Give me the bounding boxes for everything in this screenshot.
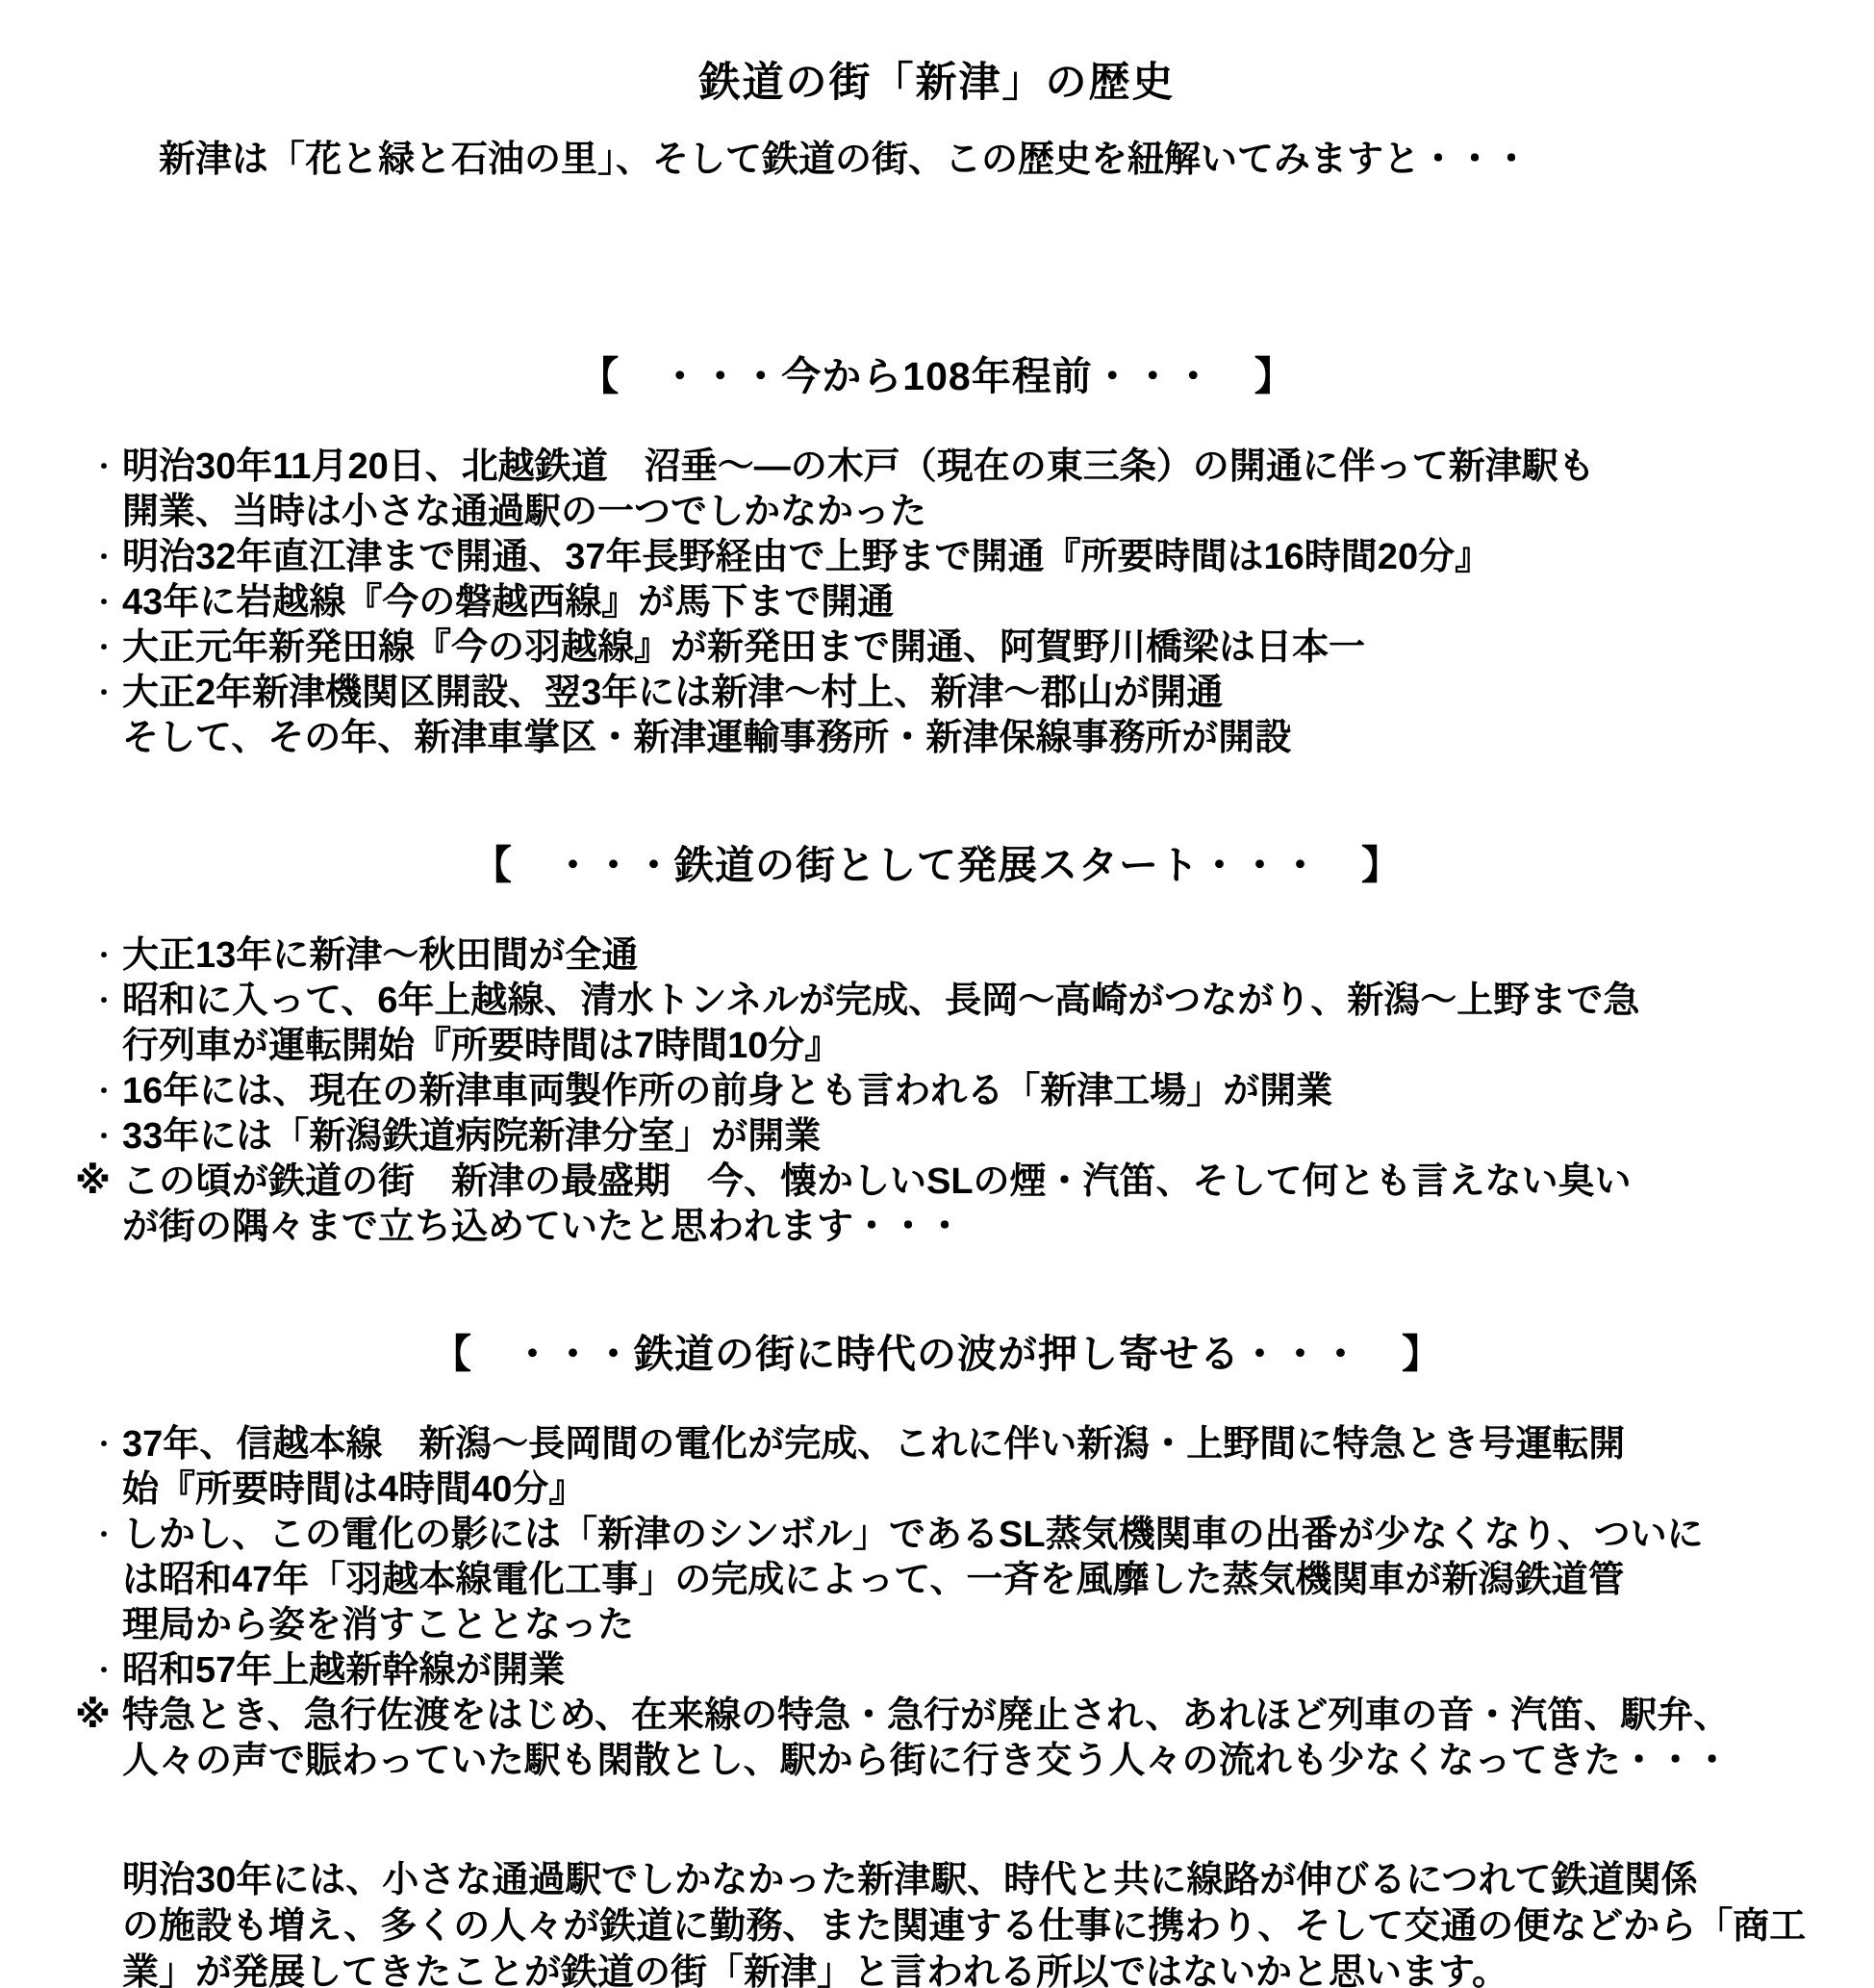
list-item: ・大正2年新津機関区開設、翌3年には新津～村上、新津～郡山が開通 そして、その年…: [0, 671, 1874, 761]
list-item: ・大正13年に新津～秋田間が全通: [0, 933, 1874, 979]
list-item: ・37年、信越本線 新潟～長岡間の電化が完成、これに伴い新潟・上野間に特急とき号…: [0, 1422, 1874, 1513]
item-text: 大正2年新津機関区開設、翌3年には新津～村上、新津～郡山が開通 そして、その年、…: [122, 671, 1836, 761]
item-text: しかし、この電化の影には「新津のシンボル」であるSL蒸気機関車の出番が少なくなり…: [122, 1513, 1836, 1648]
note-marker: ※: [75, 1694, 122, 1739]
section-heading: 【 ・・・鉄道の街として発展スタート・・・ 】: [0, 833, 1874, 890]
bullet-marker: ・: [91, 1648, 122, 1694]
section-heading: 【 ・・・鉄道の街に時代の波が押し寄せる・・・ 】: [0, 1322, 1874, 1379]
item-text: 特急とき、急行佐渡をはじめ、在来線の特急・急行が廃止され、あれほど列車の音・汽笛…: [122, 1694, 1836, 1784]
item-text: 昭和に入って、6年上越線、清水トンネルが完成、長岡～高崎がつながり、新潟～上野ま…: [122, 979, 1836, 1069]
bullet-marker: ・: [91, 1422, 122, 1467]
item-text: 16年には、現在の新津車両製作所の前身とも言われる「新津工場」が開業: [122, 1069, 1836, 1114]
list-item: ・明治32年直江津まで開通、37年長野経由で上野まで開通『所要時間は16時間20…: [0, 535, 1874, 580]
item-text: 明治30年11月20日、北越鉄道 沼垂～―の木戸（現在の東三条）の開通に伴って新…: [122, 445, 1836, 535]
bullet-marker: ・: [91, 933, 122, 979]
item-text: 33年には「新潟鉄道病院新津分室」が開業: [122, 1114, 1836, 1160]
bullet-marker: ・: [91, 671, 122, 716]
list-item: ・しかし、この電化の影には「新津のシンボル」であるSL蒸気機関車の出番が少なくな…: [0, 1513, 1874, 1648]
section-item-list: ・37年、信越本線 新潟～長岡間の電化が完成、これに伴い新潟・上野間に特急とき号…: [0, 1422, 1874, 1784]
list-item: ・昭和に入って、6年上越線、清水トンネルが完成、長岡～高崎がつながり、新潟～上野…: [0, 979, 1874, 1069]
intro-text: 新津は「花と緑と石油の里」、そして鉄道の街、この歴史を紐解いてみますと・・・: [159, 138, 1816, 183]
list-item: ・33年には「新潟鉄道病院新津分室」が開業: [0, 1114, 1874, 1160]
item-text: この頃が鉄道の街 新津の最盛期 今、懐かしいSLの煙・汽笛、そして何とも言えない…: [122, 1160, 1836, 1250]
list-item: ・明治30年11月20日、北越鉄道 沼垂～―の木戸（現在の東三条）の開通に伴って…: [0, 445, 1874, 535]
bullet-marker: ・: [91, 580, 122, 625]
item-text: 大正13年に新津～秋田間が全通: [122, 933, 1836, 979]
bullet-marker: ・: [91, 535, 122, 580]
section-item-list: ・大正13年に新津～秋田間が全通・昭和に入って、6年上越線、清水トンネルが完成、…: [0, 933, 1874, 1250]
item-text: 37年、信越本線 新潟～長岡間の電化が完成、これに伴い新潟・上野間に特急とき号運…: [122, 1422, 1836, 1513]
item-text: 昭和57年上越新幹線が開業: [122, 1648, 1836, 1694]
item-text: 大正元年新発田線『今の羽越線』が新発田まで開通、阿賀野川橋梁は日本一: [122, 625, 1836, 671]
document-page: 鉄道の街「新津」の歴史 新津は「花と緑と石油の里」、そして鉄道の街、この歴史を紐…: [0, 0, 1874, 1988]
list-item: ・16年には、現在の新津車両製作所の前身とも言われる「新津工場」が開業: [0, 1069, 1874, 1114]
document-title: 鉄道の街「新津」の歴史: [0, 0, 1874, 109]
bullet-marker: ・: [91, 625, 122, 671]
list-item: ・大正元年新発田線『今の羽越線』が新発田まで開通、阿賀野川橋梁は日本一: [0, 625, 1874, 671]
bullet-marker: ・: [91, 1513, 122, 1558]
note-item: ※この頃が鉄道の街 新津の最盛期 今、懐かしいSLの煙・汽笛、そして何とも言えな…: [0, 1160, 1874, 1250]
item-text: 明治32年直江津まで開通、37年長野経由で上野まで開通『所要時間は16時間20分…: [122, 535, 1836, 580]
closing-paragraph: 明治30年には、小さな通過駅でしかなかった新津駅、時代と共に線路が伸びるにつれて…: [122, 1857, 1836, 1988]
section-item-list: ・明治30年11月20日、北越鉄道 沼垂～―の木戸（現在の東三条）の開通に伴って…: [0, 445, 1874, 761]
item-text: 43年に岩越線『今の磐越西線』が馬下まで開通: [122, 580, 1836, 625]
note-marker: ※: [75, 1160, 122, 1205]
bullet-marker: ・: [91, 1114, 122, 1160]
note-item: ※特急とき、急行佐渡をはじめ、在来線の特急・急行が廃止され、あれほど列車の音・汽…: [0, 1694, 1874, 1784]
bullet-marker: ・: [91, 445, 122, 490]
section-heading: 【 ・・・今から108年程前・・・ 】: [0, 344, 1874, 401]
list-item: ・昭和57年上越新幹線が開業: [0, 1648, 1874, 1694]
list-item: ・43年に岩越線『今の磐越西線』が馬下まで開通: [0, 580, 1874, 625]
bullet-marker: ・: [91, 1069, 122, 1114]
sections-container: 【 ・・・今から108年程前・・・ 】・明治30年11月20日、北越鉄道 沼垂～…: [0, 344, 1874, 1784]
bullet-marker: ・: [91, 979, 122, 1024]
